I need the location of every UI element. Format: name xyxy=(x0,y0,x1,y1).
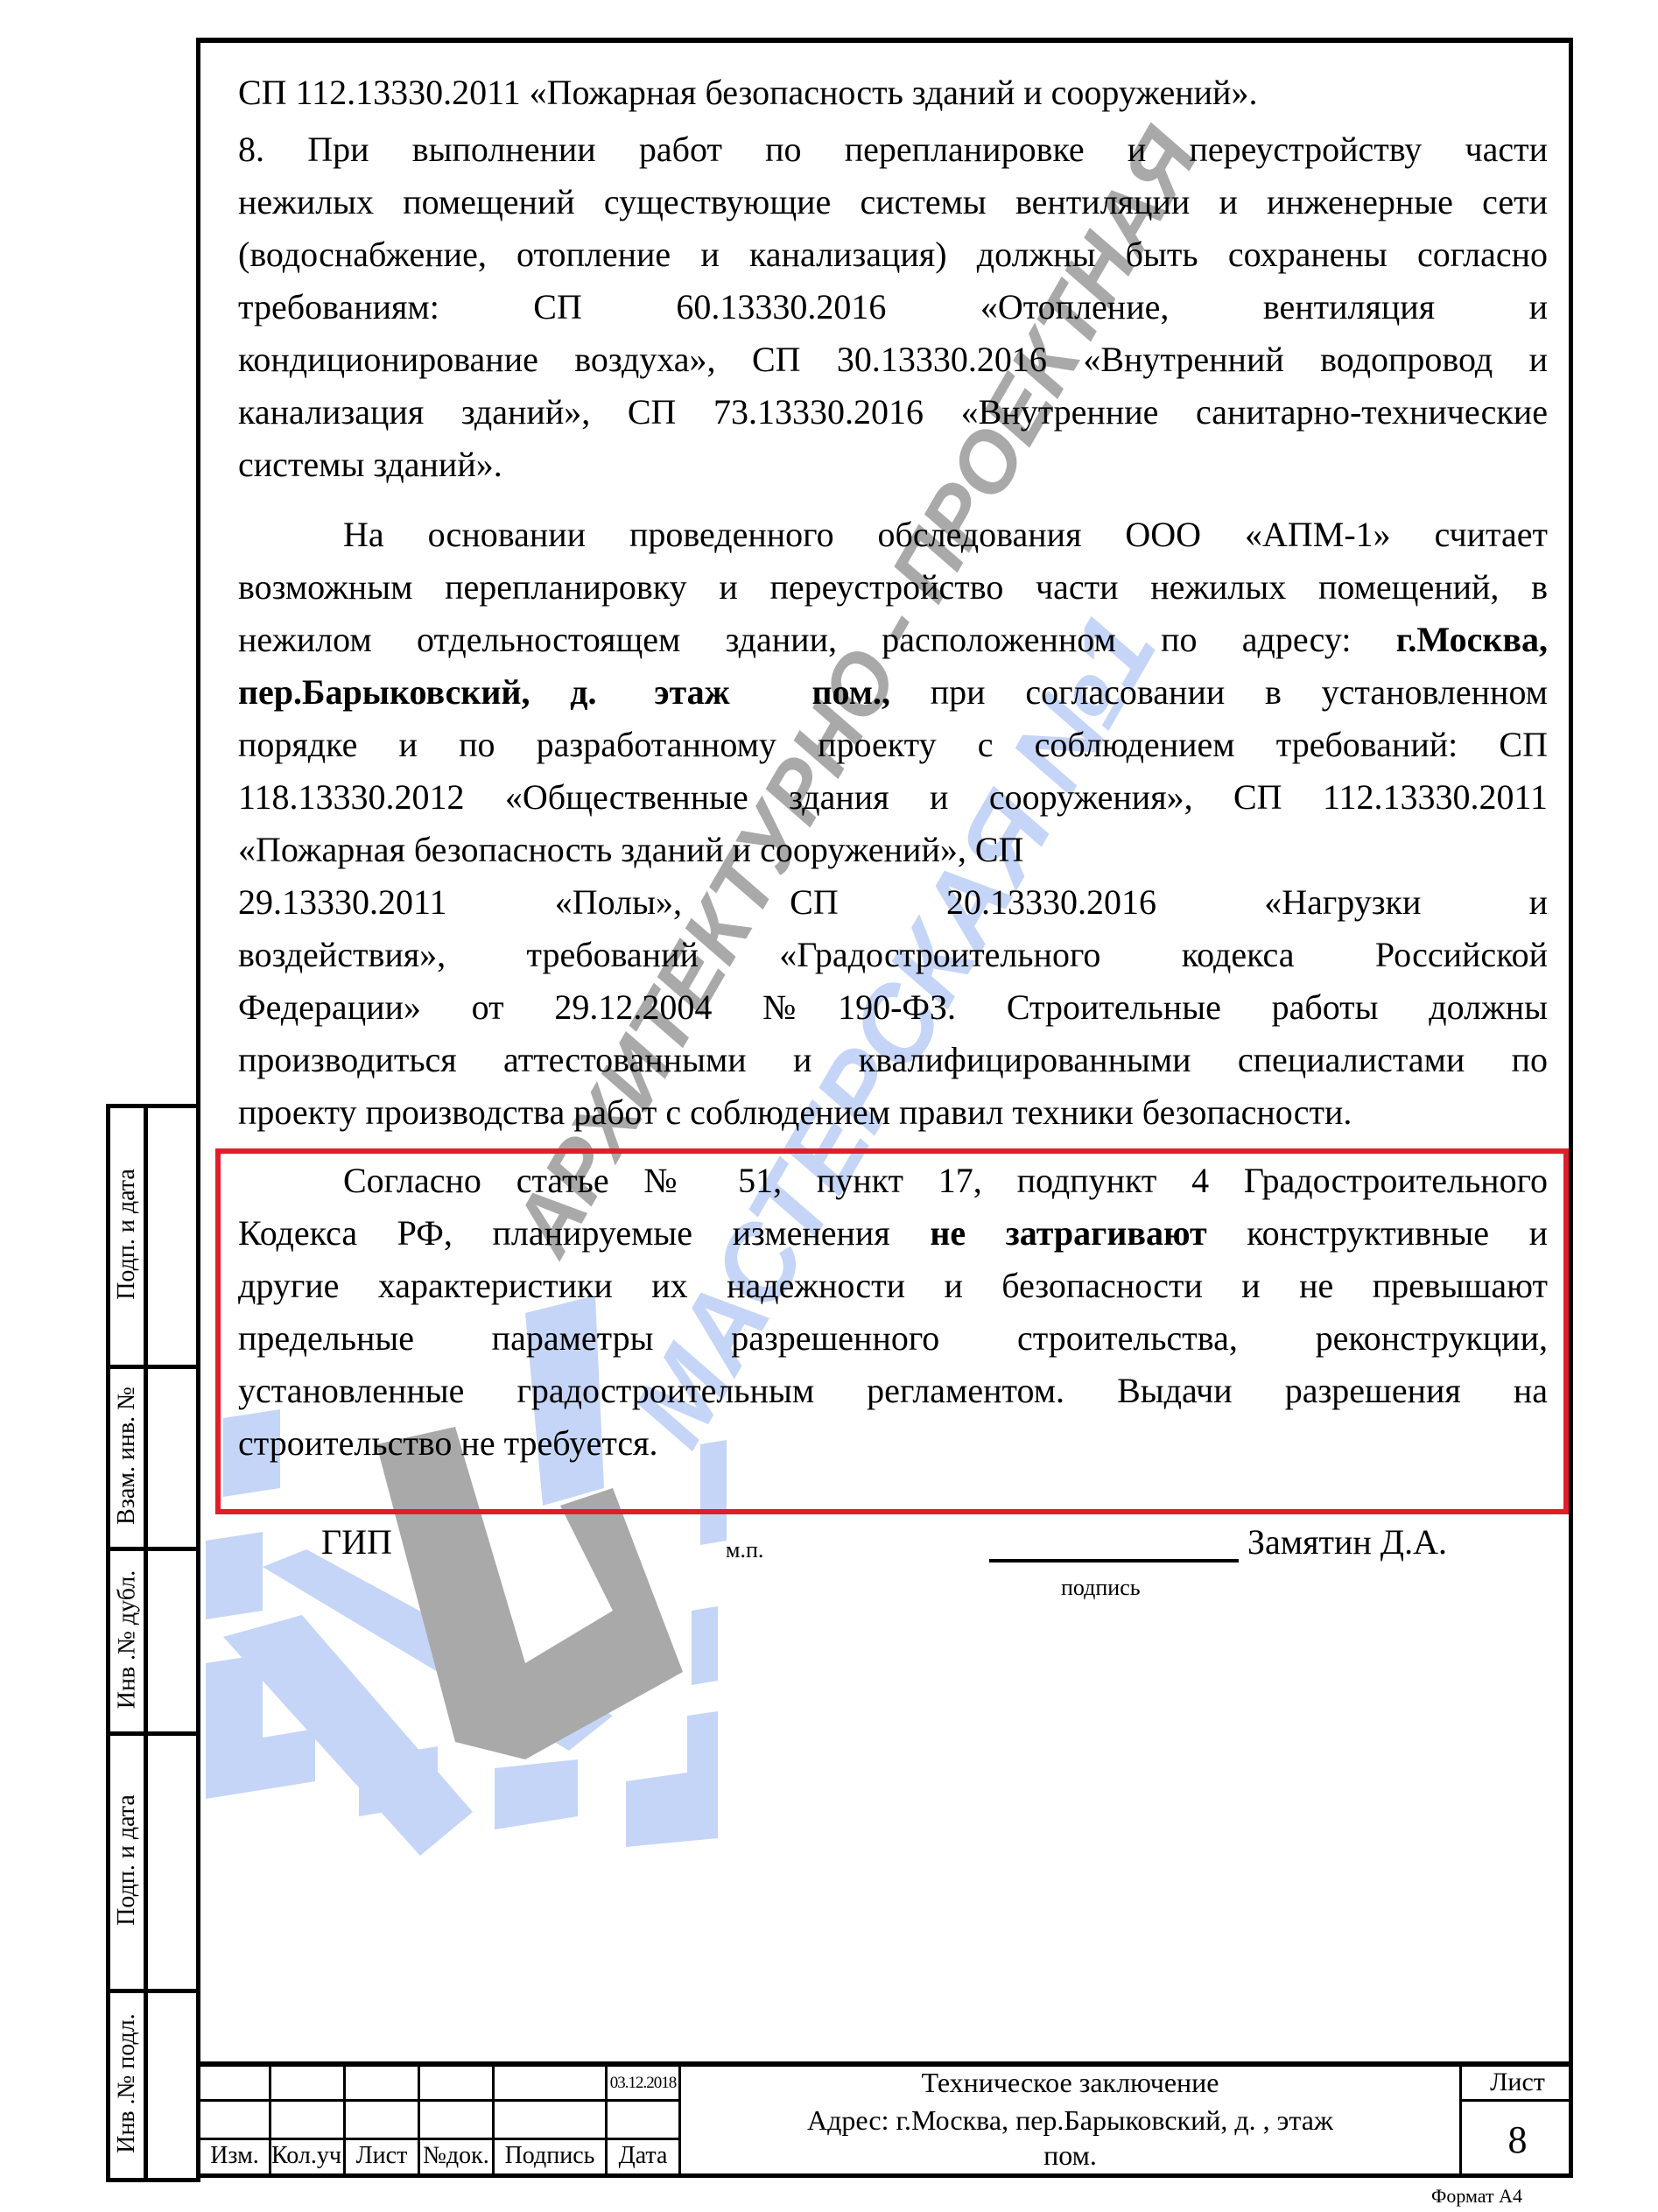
strip-label: Взам. инв. № xyxy=(112,1365,142,1547)
header-kol-uch: Кол.уч. xyxy=(271,2141,343,2171)
conclusion-line: проекту производства работ с соблюдением… xyxy=(238,1092,1548,1134)
text-normal: Кодекса РФ, планируемые изменения xyxy=(238,1213,890,1253)
strip-label: Инв .№ подл. xyxy=(112,1989,142,2178)
sheet-label: Лист xyxy=(1462,2068,1573,2097)
emphasis-text: не затрагивают xyxy=(930,1213,1206,1253)
document-address-room: пом. xyxy=(681,2138,1459,2172)
highlight-line: строительство не требуется. xyxy=(238,1422,1548,1464)
paragraph-8-line: кондиционирование воздуха», СП 30.13330.… xyxy=(238,339,1548,381)
address-street: пер.Барыковский, д. xyxy=(238,672,596,712)
signature-line xyxy=(989,1559,1239,1562)
strip-label: Инв .№ дубл. xyxy=(112,1547,142,1731)
text-normal: конструктивные и xyxy=(1247,1213,1548,1253)
paragraph-8-line: требованиям: СП 60.13330.2016 «Отопление… xyxy=(238,286,1548,328)
highlight-line: Согласно статье № 51, пункт 17, подпункт… xyxy=(238,1160,1548,1202)
paragraph-8-line: 8. При выполнении работ по перепланировк… xyxy=(238,129,1548,171)
conclusion-line: 118.13330.2012 «Общественные здания и со… xyxy=(238,776,1548,818)
address-floor: этаж xyxy=(654,672,729,712)
stamp-place-label: м.п. xyxy=(726,1536,763,1564)
text-normal: при согласовании в установленном xyxy=(931,672,1548,712)
sheet-number: 8 xyxy=(1462,2118,1573,2162)
header-doc-no: №док. xyxy=(420,2141,492,2171)
conclusion-line: возможным перепланировку и переустройств… xyxy=(238,566,1548,608)
paragraph-8-line: канализация зданий», СП 73.13330.2016 «В… xyxy=(238,391,1548,433)
strip-value-cell xyxy=(144,1731,200,1993)
conclusion-line: «Пожарная безопасность зданий и сооружен… xyxy=(238,829,1548,871)
text-normal: нежилом отдельностоящем здании, располож… xyxy=(238,620,1351,659)
conclusion-line: На основании проведенного обследования О… xyxy=(238,514,1548,556)
document-address: Адрес: г.Москва, пер.Барыковский, д. , э… xyxy=(681,2103,1459,2137)
strip-value-cell xyxy=(144,1547,200,1736)
header-date: Дата xyxy=(608,2141,678,2171)
title-block-row-line xyxy=(1460,2099,1573,2102)
strip-label: Подп. и дата xyxy=(112,1731,142,1989)
conclusion-line: порядке и по разработанному проекту с со… xyxy=(238,724,1548,766)
paragraph-8-line: системы зданий». xyxy=(238,444,1548,486)
header-izm: Изм. xyxy=(200,2141,269,2171)
paragraph-8-line: нежилых помещений существующие системы в… xyxy=(238,181,1548,223)
conclusion-line: Федерации» от 29.12.2004 №190-ФЗ. Строит… xyxy=(238,987,1548,1029)
conclusion-line: производиться аттестованными и квалифици… xyxy=(238,1039,1548,1081)
strip-value-cell xyxy=(144,1104,200,1369)
signature-caption: подпись xyxy=(1061,1574,1141,1602)
signer-name: Замятин Д.А. xyxy=(1247,1521,1447,1563)
conclusion-line: нежилом отдельностоящем здании, располож… xyxy=(238,619,1548,661)
signer-role: ГИП xyxy=(321,1521,392,1563)
document-title: Техническое заключение xyxy=(681,2066,1459,2099)
format-label: Формат А4 xyxy=(1424,2181,1529,2211)
strip-label: Подп. и дата xyxy=(112,1104,142,1365)
conclusion-line: 29.13330.2011 «Полы», СП 20.13330.2016 «… xyxy=(238,881,1548,923)
highlight-line: другие характеристики их надежности и бе… xyxy=(238,1265,1548,1307)
conclusion-line: пер.Барыковский, д. этаж пом., при согла… xyxy=(238,671,1548,713)
strip-value-cell xyxy=(144,1365,200,1551)
header-signature: Подпись xyxy=(495,2141,605,2171)
address-room: пом., xyxy=(811,672,890,712)
highlight-line: установленные градостроительным регламен… xyxy=(238,1370,1548,1412)
address-city: г.Москва, xyxy=(1396,620,1548,659)
highlight-line: Кодекса РФ, планируемые изменения не зат… xyxy=(238,1212,1548,1254)
paragraph-tail-line: СП 112.13330.2011 «Пожарная безопасность… xyxy=(238,72,1548,114)
strip-value-cell xyxy=(144,1989,200,2182)
highlight-line: предельные параметры разрешенного строит… xyxy=(238,1317,1548,1359)
conclusion-line: воздействия», требований «Градостроитель… xyxy=(238,934,1548,976)
date-value: 03.12.2018 xyxy=(608,2068,678,2098)
paragraph-8-line: (водоснабжение, отопление и канализация)… xyxy=(238,234,1548,276)
header-list: Лист xyxy=(346,2141,418,2171)
